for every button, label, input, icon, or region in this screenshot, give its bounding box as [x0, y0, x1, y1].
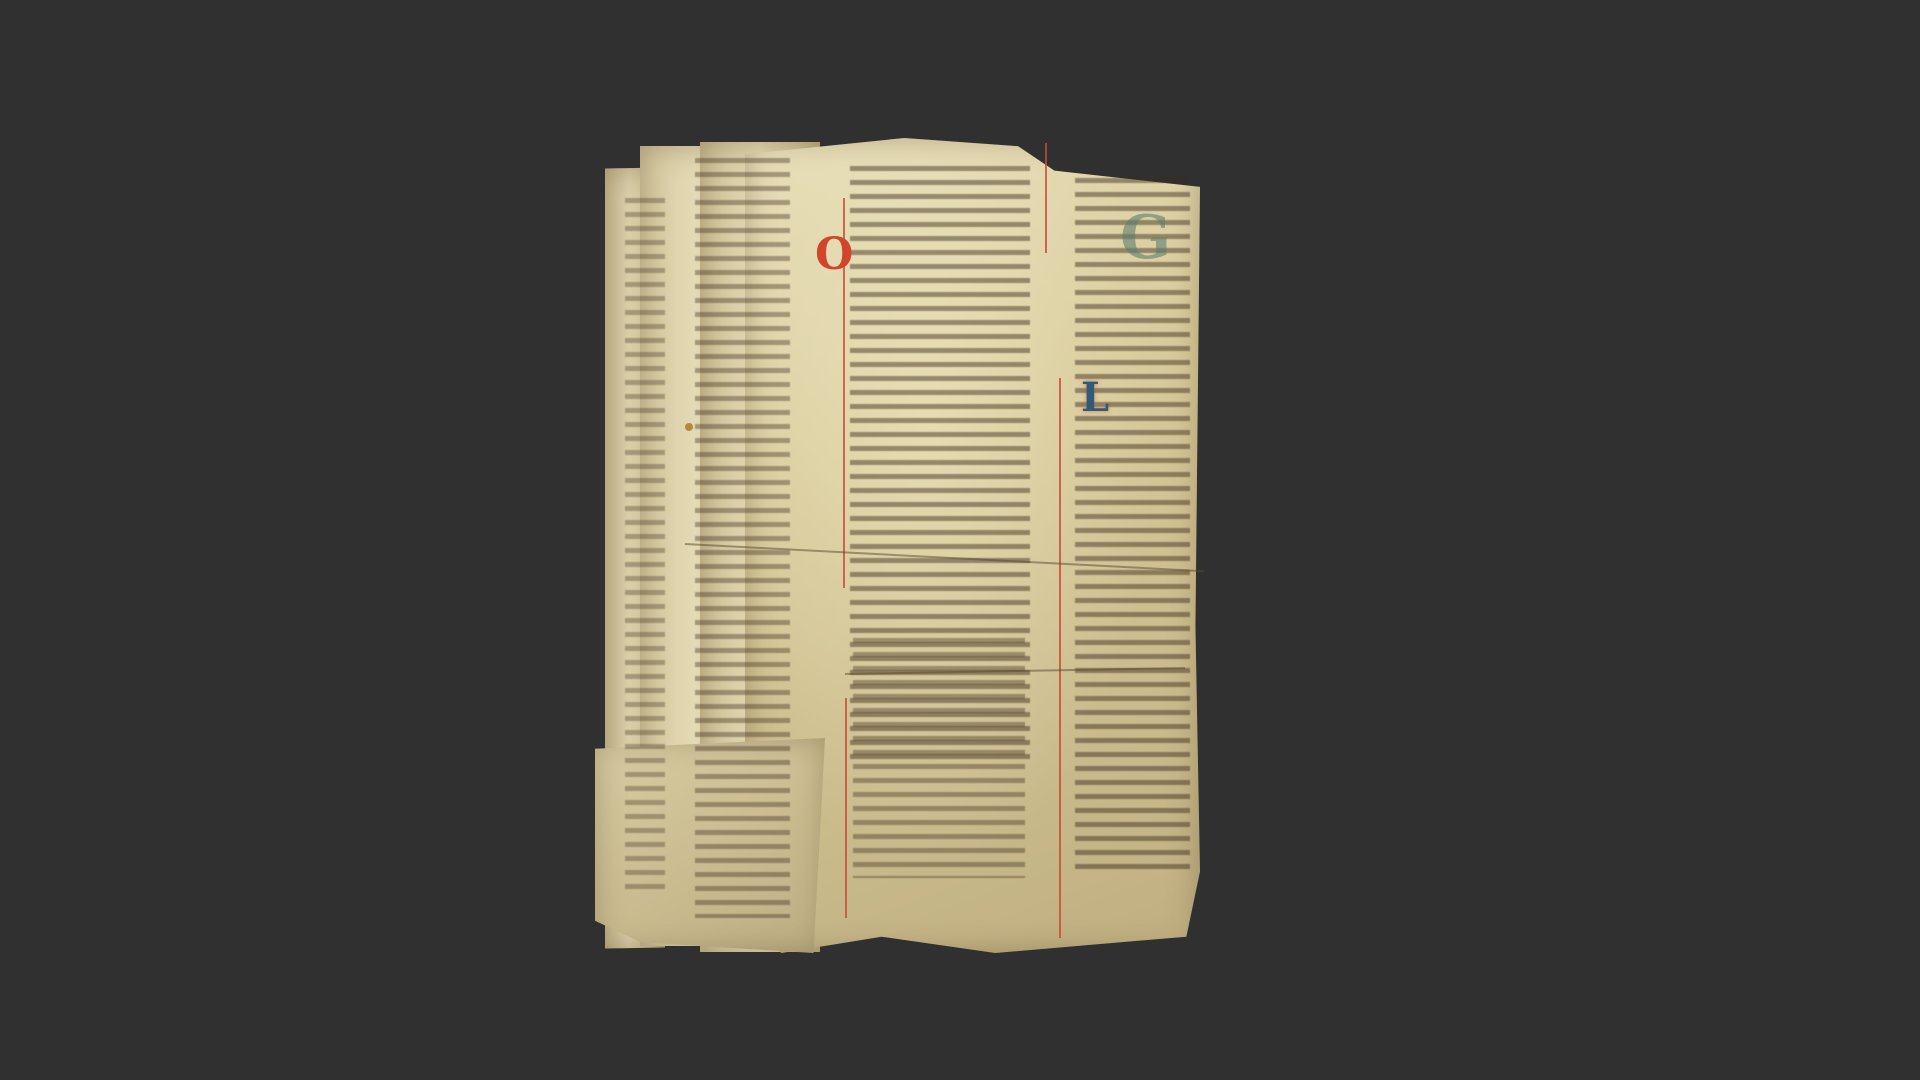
text-column — [695, 158, 790, 918]
red-ruling-line — [845, 698, 847, 918]
rubricated-initial-o: O — [815, 233, 853, 277]
viewer-canvas[interactable]: O L G — [0, 0, 1920, 1080]
text-column — [1075, 178, 1190, 878]
faded-initial-g: G — [1120, 208, 1171, 268]
text-column — [625, 198, 665, 898]
red-ruling-line — [1059, 378, 1061, 938]
red-ruling-line — [1045, 143, 1047, 253]
illuminated-initial-l: L — [1081, 378, 1109, 418]
ink-stain — [685, 423, 693, 431]
manuscript-model[interactable]: O L G — [605, 138, 1205, 968]
